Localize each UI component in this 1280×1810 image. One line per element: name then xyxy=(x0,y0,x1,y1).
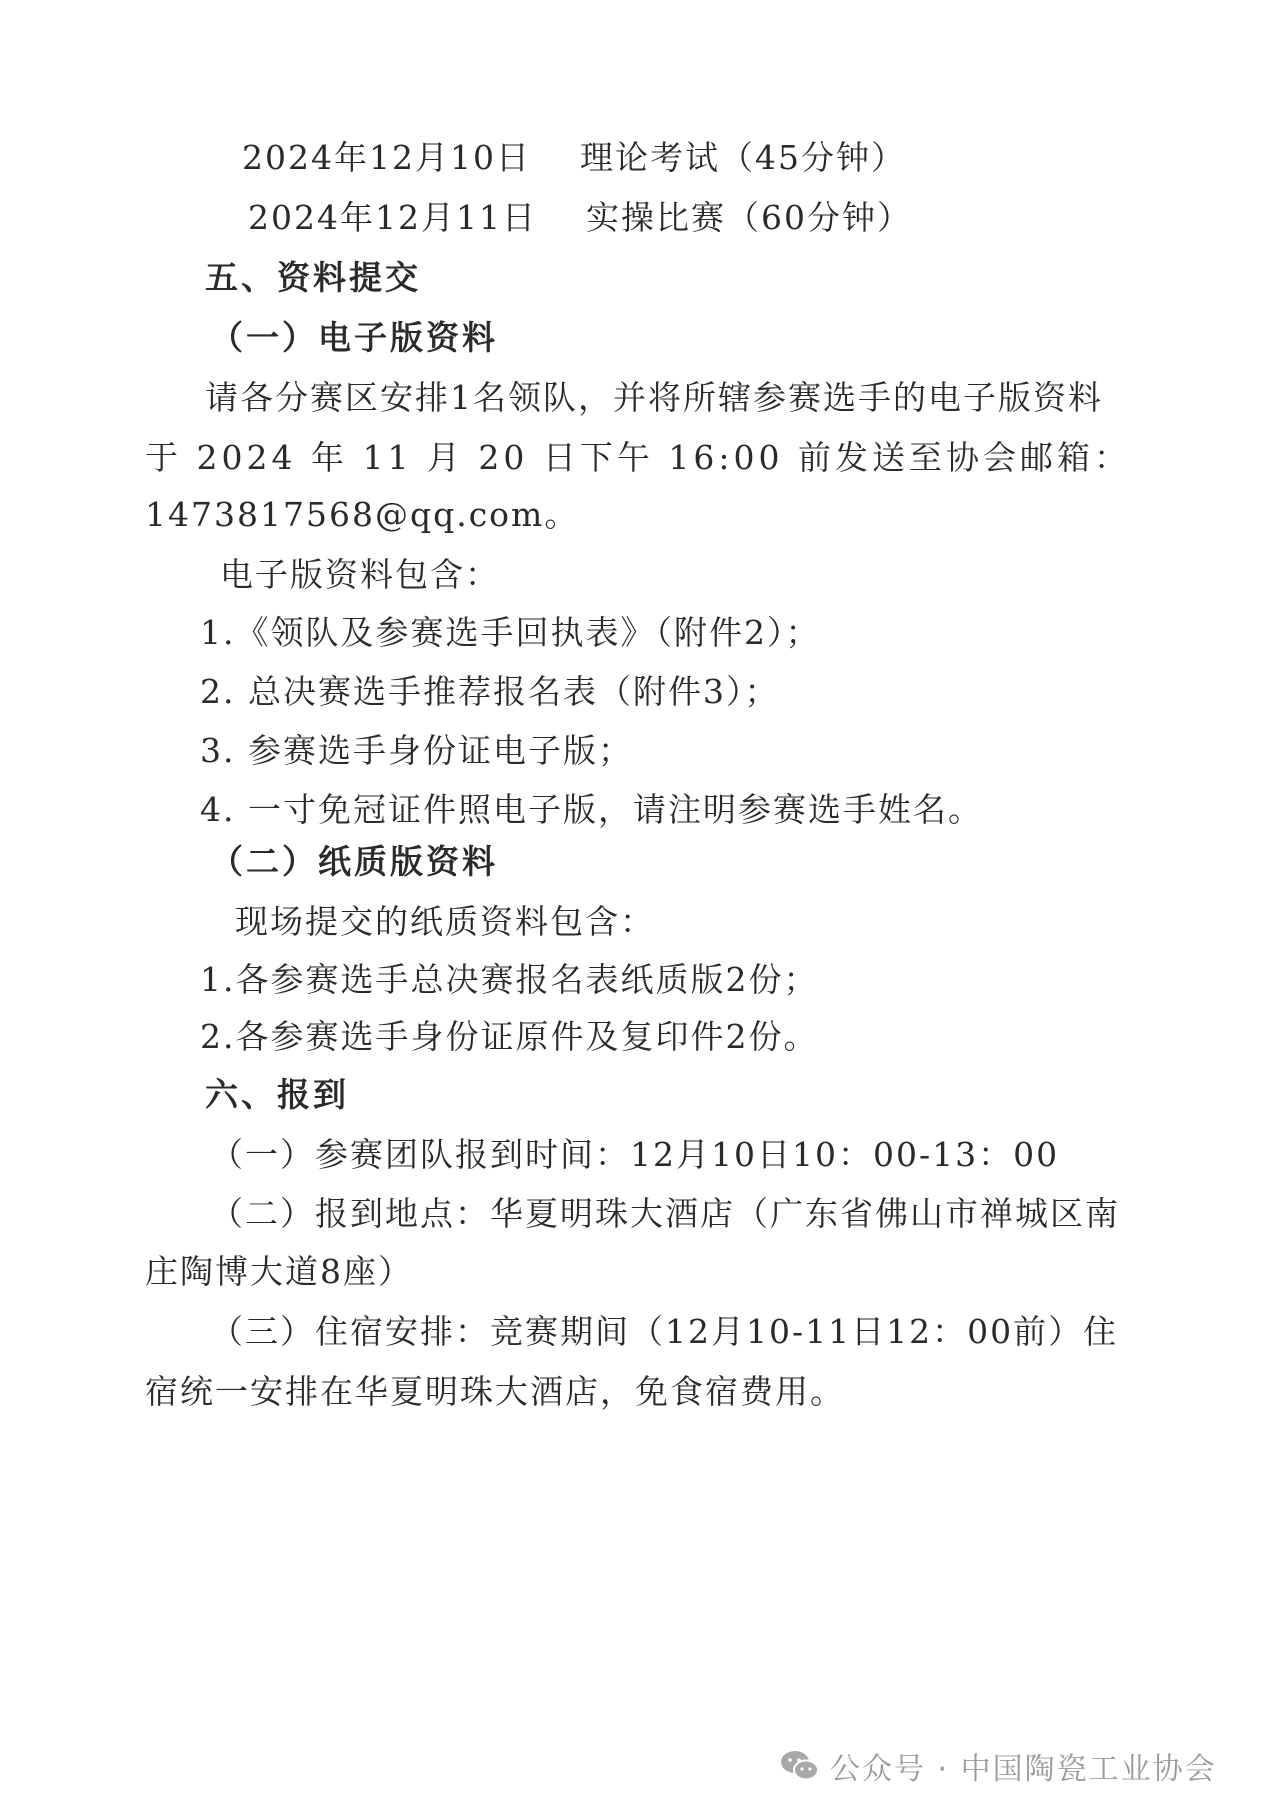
schedule-date: 2024年12月11日 xyxy=(248,198,537,237)
accommodation-cont: 宿统一安排在华夏明珠大酒店，免食宿费用。 xyxy=(145,1372,845,1412)
list-item: 2.各参赛选手身份证原件及复印件2份。 xyxy=(200,1017,818,1057)
schedule-row-2: 2024年12月11日 实操比赛（60分钟） xyxy=(248,198,912,238)
paragraph-line: 请各分赛区安排1名领队，并将所辖参赛选手的电子版资料 xyxy=(205,378,1103,418)
list-item: 3. 参赛选手身份证电子版； xyxy=(200,731,633,771)
schedule-event: 理论考试（45分钟） xyxy=(580,138,906,177)
list-intro: 现场提交的纸质资料包含： xyxy=(235,902,655,942)
section-heading-5: 五、资料提交 xyxy=(205,258,421,298)
footer-label: 公众号 · 中国陶瓷工业协会 xyxy=(830,1744,1217,1788)
subsection-heading-electronic: （一）电子版资料 xyxy=(210,318,498,358)
section-heading-6: 六、报到 xyxy=(205,1075,349,1115)
list-item: 1.各参赛选手总决赛报名表纸质版2份； xyxy=(200,960,818,1000)
wechat-official-account-footer: 公众号 · 中国陶瓷工业协会 xyxy=(780,1744,1217,1788)
wechat-icon xyxy=(780,1749,820,1783)
list-item: 4. 一寸免冠证件照电子版，请注明参赛选手姓名。 xyxy=(200,790,983,830)
schedule-row-1: 2024年12月10日 理论考试（45分钟） xyxy=(242,138,906,178)
schedule-date: 2024年12月10日 xyxy=(242,138,531,177)
checkin-location: （二）报到地点：华夏明珠大酒店（广东省佛山市禅城区南 xyxy=(210,1194,1120,1234)
list-item: 1.《领队及参赛选手回执表》（附件2）； xyxy=(200,613,820,653)
accommodation: （三）住宿安排：竞赛期间（12月10-11日12：00前）住 xyxy=(210,1312,1118,1352)
list-intro: 电子版资料包含： xyxy=(220,555,500,595)
list-item: 2. 总决赛选手推荐报名表（附件3）； xyxy=(200,672,779,712)
paragraph-line: 于 2024 年 11 月 20 日下午 16:00 前发送至协会邮箱： xyxy=(145,438,1131,478)
email-address: 1473817568@qq.com。 xyxy=(145,495,579,535)
checkin-time: （一）参赛团队报到时间：12月10日10：00-13：00 xyxy=(210,1135,1059,1175)
subsection-heading-paper: （二）纸质版资料 xyxy=(210,842,498,882)
schedule-event: 实操比赛（60分钟） xyxy=(586,198,912,237)
checkin-location-cont: 庄陶博大道8座） xyxy=(145,1252,413,1292)
